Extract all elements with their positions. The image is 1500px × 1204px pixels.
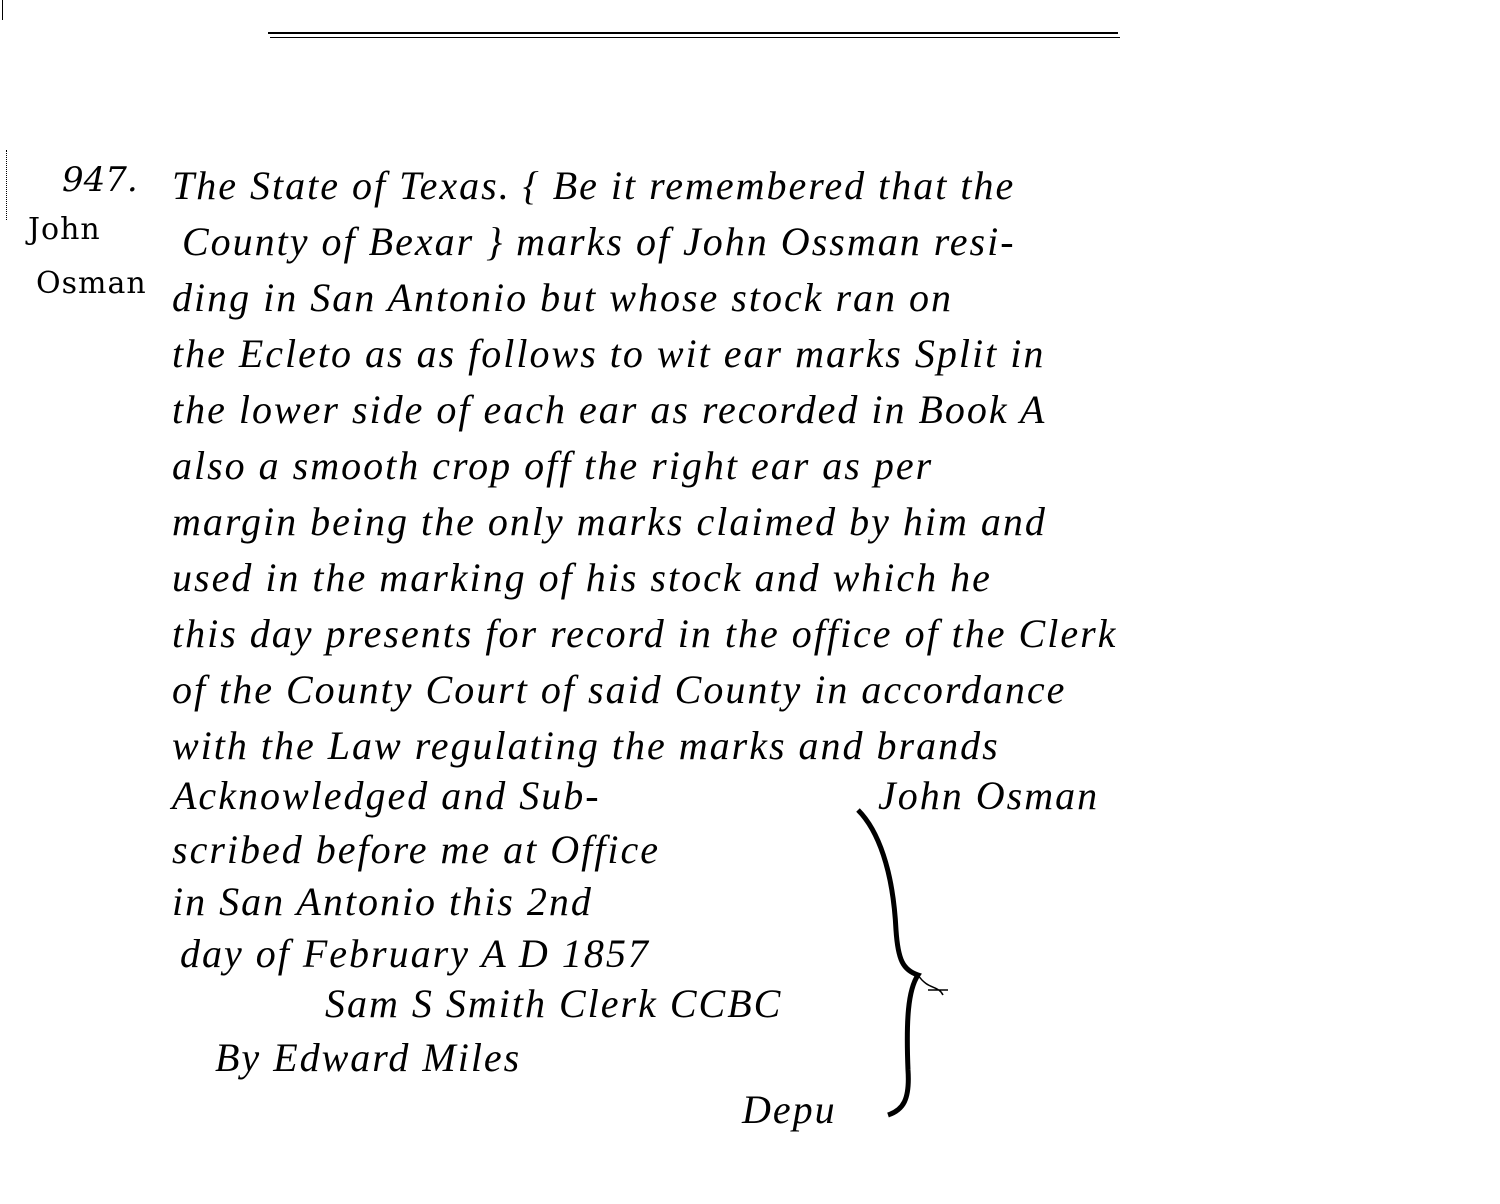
clerk-signature: Sam S Smith Clerk CCBC <box>325 980 782 1027</box>
deputy-signature: By Edward Miles <box>215 1034 521 1081</box>
body-line: The State of Texas. { Be it remembered t… <box>172 162 1015 209</box>
margin-name-first: John <box>28 212 101 247</box>
scan-edge-mark <box>6 150 8 220</box>
body-line: used in the marking of his stock and whi… <box>172 554 992 601</box>
acknowledgment-line: Acknowledged and Sub- <box>172 772 601 819</box>
scan-edge-mark <box>2 0 3 20</box>
header-double-rule <box>268 30 1118 38</box>
margin-name-last: Osman <box>36 266 147 301</box>
body-line: ding in San Antonio but whose stock ran … <box>172 274 953 321</box>
entry-number: 947. <box>62 160 138 200</box>
body-line: the Ecleto as as follows to wit ear mark… <box>172 330 1045 377</box>
curly-brace-mark <box>848 790 968 1120</box>
deputy-abbreviation: Depu <box>742 1086 837 1133</box>
acknowledgment-line: scribed before me at Office <box>172 826 660 873</box>
body-line: County of Bexar } marks of John Ossman r… <box>182 218 1016 265</box>
body-line: of the County Court of said County in ac… <box>172 666 1066 713</box>
body-line: this day presents for record in the offi… <box>172 610 1117 657</box>
body-line: also a smooth crop off the right ear as … <box>172 442 933 489</box>
body-line: with the Law regulating the marks and br… <box>172 722 1000 769</box>
body-line: the lower side of each ear as recorded i… <box>172 386 1046 433</box>
body-line: margin being the only marks claimed by h… <box>172 498 1047 545</box>
acknowledgment-line: day of February A D 1857 <box>180 930 650 977</box>
acknowledgment-line: in San Antonio this 2nd <box>172 878 593 925</box>
